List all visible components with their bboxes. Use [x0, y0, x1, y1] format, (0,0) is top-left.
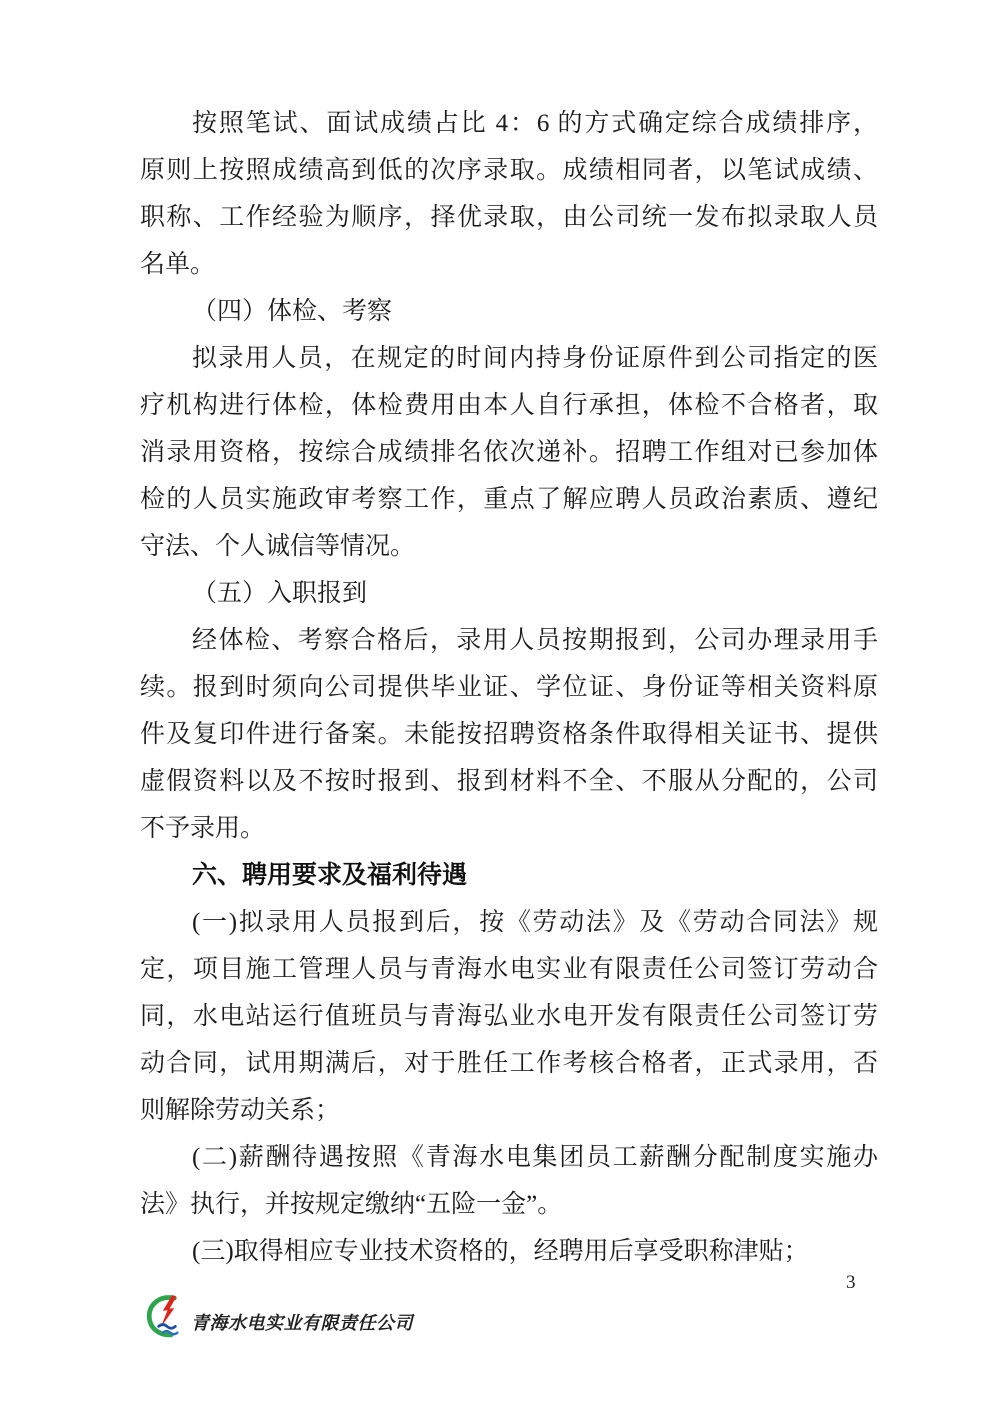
paragraph-line: (二)薪酬待遇按照《青海水电集团员工薪酬分配制度实施办 — [140, 1134, 878, 1181]
section-heading: （四）体检、考察 — [140, 288, 878, 335]
paragraph-line: 经体检、考察合格后，录用人员按期报到，公司办理录用手 — [140, 617, 878, 664]
paragraph-line: 原则上按照成绩高到低的次序录取。成绩相同者，以笔试成绩、 — [140, 147, 878, 194]
paragraph-line: 消录用资格，按综合成绩排名依次递补。招聘工作组对已参加体 — [140, 429, 878, 476]
paragraph-line: 守法、个人诚信等情况。 — [140, 523, 878, 570]
hydropower-logo-icon — [146, 1294, 188, 1340]
company-name: 青海水电实业有限责任公司 — [191, 1309, 413, 1335]
paragraph-line: 动合同，试用期满后，对于胜任工作考核合格者，正式录用，否 — [140, 1040, 878, 1087]
paragraph-line: 职称、工作经验为顺序，择优录取，由公司统一发布拟录取人员 — [140, 194, 878, 241]
paragraph-line: 法》执行，并按规定缴纳“五险一金”。 — [140, 1181, 878, 1228]
paragraph-line: 名单。 — [140, 241, 878, 288]
paragraph-line: 检的人员实施政审考察工作，重点了解应聘人员政治素质、遵纪 — [140, 476, 878, 523]
paragraph-line: (三)取得相应专业技术资格的，经聘用后享受职称津贴； — [140, 1228, 878, 1275]
company-logo: 青海水电实业有限责任公司 — [146, 1294, 413, 1340]
paragraph-line: 定，项目施工管理人员与青海水电实业有限责任公司签订劳动合 — [140, 946, 878, 993]
chapter-heading: 六、聘用要求及福利待遇 — [140, 852, 878, 899]
document-page: 按照笔试、面试成绩占比 4：6 的方式确定综合成绩排序，原则上按照成绩高到低的次… — [0, 0, 1000, 1414]
paragraph-line: 同，水电站运行值班员与青海弘业水电开发有限责任公司签订劳 — [140, 993, 878, 1040]
paragraph-line: (一)拟录用人员报到后，按《劳动法》及《劳动合同法》规 — [140, 899, 878, 946]
page-number: 3 — [846, 1272, 856, 1294]
paragraph-line: 按照笔试、面试成绩占比 4：6 的方式确定综合成绩排序， — [140, 100, 878, 147]
paragraph-line: 件及复印件进行备案。未能按招聘资格条件取得相关证书、提供 — [140, 711, 878, 758]
paragraph-line: 拟录用人员，在规定的时间内持身份证原件到公司指定的医 — [140, 335, 878, 382]
paragraph-line: 不予录用。 — [140, 805, 878, 852]
paragraph-line: 疗机构进行体检，体检费用由本人自行承担，体检不合格者，取 — [140, 382, 878, 429]
paragraph-line: 虚假资料以及不按时报到、报到材料不全、不服从分配的，公司 — [140, 758, 878, 805]
document-body: 按照笔试、面试成绩占比 4：6 的方式确定综合成绩排序，原则上按照成绩高到低的次… — [140, 100, 878, 1275]
section-heading: （五）入职报到 — [140, 570, 878, 617]
paragraph-line: 续。报到时须向公司提供毕业证、学位证、身份证等相关资料原 — [140, 664, 878, 711]
paragraph-line: 则解除劳动关系； — [140, 1087, 878, 1134]
